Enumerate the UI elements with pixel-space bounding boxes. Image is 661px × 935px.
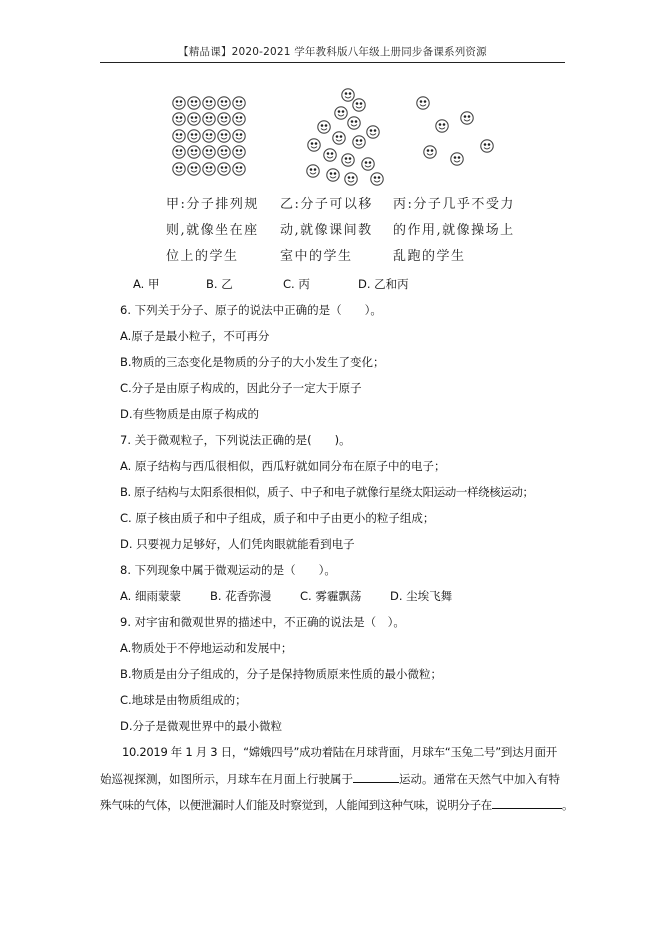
caption-line: 则,就像坐在座 (166, 218, 259, 244)
question-9-option-d: D.分子是微观世界中的最小微粒 (120, 718, 282, 734)
question-7-stem: 7. 关于微观粒子，下列说法正确的是( )。 (120, 432, 351, 448)
option-c: C. 雾霾飘荡 (300, 588, 361, 604)
question-6-option-b: B.物质的三态变化是物质的分子的大小发生了变化； (120, 354, 385, 370)
option-d: D. 尘埃飞舞 (390, 588, 452, 604)
question-6-option-a: A.原子是最小粒子，不可再分 (120, 328, 269, 344)
question-7-option-d: D. 只要视力足够好，人们凭肉眼就能看到电子 (120, 536, 355, 552)
question-10-line-2: 始巡视探测，如图所示，月球车在月面上行驶属于运动。通常在天然气中加入有特 (100, 770, 560, 787)
answer-blank-2[interactable] (492, 796, 562, 809)
question-10-text: 殊气味的气体，以便泄漏时人们能及时察觉到，人能闻到这种气味，说明分子在 (100, 798, 492, 812)
question-8-stem: 8. 下列现象中属于微观运动的是（ ）。 (120, 562, 336, 578)
answer-blank-1[interactable] (353, 770, 399, 783)
figure-caption-yi: 乙:分子可以移 动,就像课间教 室中的学生 (280, 192, 373, 270)
question-9-stem: 9. 对宇宙和微观世界的描述中，不正确的说法是（ ）。 (120, 614, 405, 630)
caption-line: 乙:分子可以移 (280, 192, 373, 218)
question-10-text: 始巡视探测，如图所示，月球车在月面上行驶属于 (100, 772, 353, 786)
figure-caption-jia: 甲:分子排列规 则,就像坐在座 位上的学生 (166, 192, 259, 270)
caption-line: 甲:分子排列规 (166, 192, 259, 218)
caption-line: 的作用,就像操场上 (393, 218, 515, 244)
caption-line: 动,就像课间教 (280, 218, 373, 244)
question-6-option-d: D.有些物质是由原子构成的 (120, 406, 259, 422)
question-7-option-b: B. 原子结构与太阳系很相似，质子、中子和电子就像行星绕太阳运动一样绕核运动； (120, 484, 534, 500)
caption-line: 丙:分子几乎不受力 (393, 192, 515, 218)
caption-line: 位上的学生 (166, 244, 259, 270)
question-6-stem: 6. 下列关于分子、原子的说法中正确的是（ ）。 (120, 302, 382, 318)
option-a: A. 甲 (133, 276, 159, 292)
caption-line: 室中的学生 (280, 244, 373, 270)
gas-molecules-sparse (417, 97, 493, 165)
page-header-title: 【精品课】2020-2021 学年教科版八年级上册同步备课系列资源 (100, 44, 565, 59)
caption-line: 乱跑的学生 (393, 244, 515, 270)
header-divider (100, 62, 565, 63)
figure-caption-bing: 丙:分子几乎不受力 的作用,就像操场上 乱跑的学生 (393, 192, 515, 270)
question-10-text: 运动。通常在天然气中加入有特 (399, 772, 560, 786)
option-c: C. 丙 (283, 276, 310, 292)
solid-molecules-grid (173, 97, 245, 175)
option-b: B. 乙 (206, 276, 233, 292)
question-8-options: A. 细雨蒙蒙 B. 花香弥漫 C. 雾霾飘荡 D. 尘埃飞舞 (120, 588, 560, 604)
question-9-option-c: C.地球是由物质组成的； (120, 692, 247, 708)
option-a: A. 细雨蒙蒙 (120, 588, 181, 604)
question-9-option-b: B.物质是由分子组成的，分子是保持物质原来性质的最小微粒； (120, 666, 442, 682)
question-10-line-3: 殊气味的气体，以便泄漏时人们能及时察觉到，人能闻到这种气味，说明分子在。 (100, 796, 573, 813)
question-7-option-c: C. 原子核由质子和中子组成，质子和中子由更小的粒子组成； (120, 510, 434, 526)
liquid-molecules-cluster (307, 89, 383, 185)
question-6-option-c: C.分子是由原子构成的，因此分子一定大于原子 (120, 380, 362, 396)
question-10-text: 。 (562, 798, 573, 812)
option-b: B. 花香弥漫 (210, 588, 271, 604)
question-9-option-a: A.物质处于不停地运动和发展中； (120, 640, 292, 656)
option-d: D. 乙和丙 (358, 276, 409, 292)
question-10-line-1: 10.2019 年 1 月 3 日，“嫦娥四号”成功着陆在月球背面，月球车“玉兔… (122, 744, 557, 760)
question-7-option-a: A. 原子结构与西瓜很相似，西瓜籽就如同分布在原子中的电子； (120, 458, 445, 474)
molecule-arrangement-figure (100, 84, 540, 194)
